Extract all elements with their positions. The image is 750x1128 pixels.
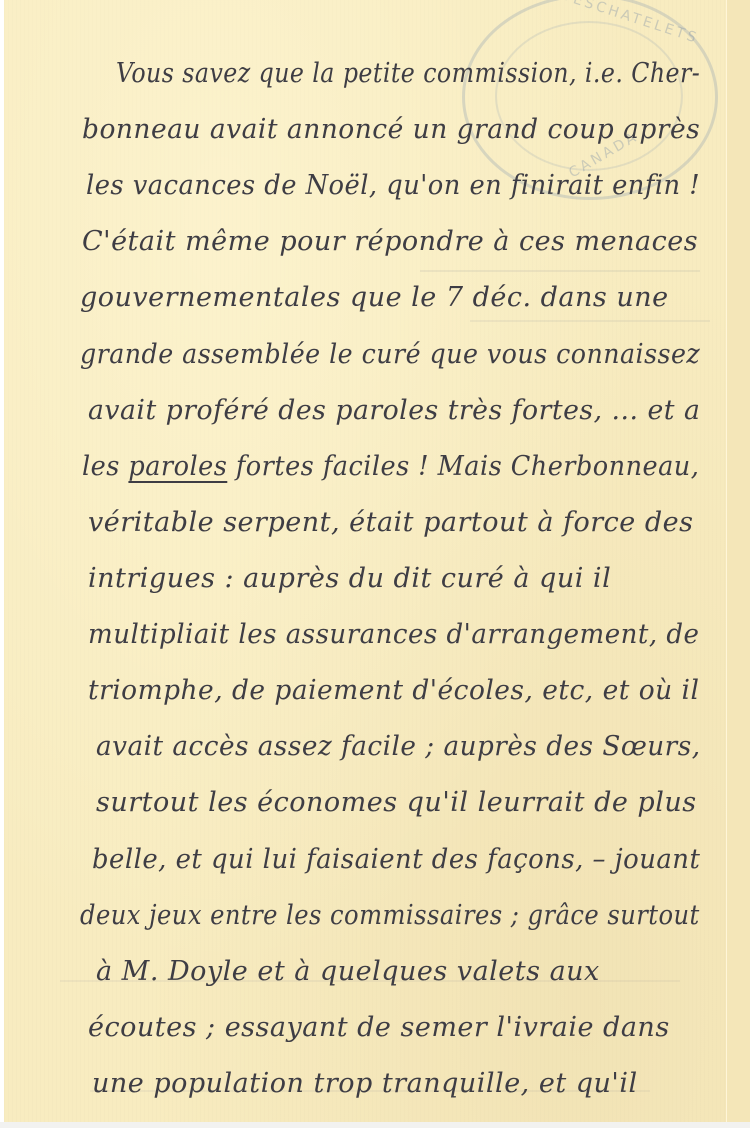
letter-line: bonneau avait annoncé un grand coup aprè… bbox=[82, 114, 700, 145]
letter-line: avait accès assez facile ; auprès des Sœ… bbox=[96, 731, 701, 762]
underlined-word: paroles bbox=[128, 451, 227, 482]
letter-line: avait proféré des paroles très fortes, .… bbox=[88, 395, 700, 426]
letter-line-text: les paroles fortes faciles ! Mais Cherbo… bbox=[82, 451, 699, 482]
letter-line-with-underline: les paroles fortes faciles ! Mais Cherbo… bbox=[82, 451, 699, 482]
letter-line: intrigues : auprès du dit curé à qui il bbox=[88, 563, 611, 594]
letter-line: grande assemblée le curé que vous connai… bbox=[80, 339, 700, 370]
letter-line: à M. Doyle et à quelques valets aux bbox=[96, 956, 600, 987]
page-fold-edge bbox=[726, 0, 750, 1122]
letter-line: gouvernementales que le 7 déc. dans une bbox=[80, 282, 669, 313]
letter-line: deux jeux entre les commissaires ; grâce… bbox=[80, 900, 700, 931]
letter-line: les vacances de Noël, qu'on en finirait … bbox=[86, 170, 700, 201]
letter-line: belle, et qui lui faisaient des façons, … bbox=[92, 844, 700, 875]
letter-line: Vous savez que la petite commission, i.e… bbox=[116, 58, 700, 89]
letter-line: surtout les économes qu'il leurrait de p… bbox=[96, 787, 697, 818]
letter-line: triomphe, de paiement d'écoles, etc, et … bbox=[88, 675, 699, 706]
stamp-inner-ring bbox=[495, 21, 683, 171]
letter-line: véritable serpent, était partout à force… bbox=[88, 507, 693, 538]
letter-line: une population trop tranquille, et qu'il bbox=[92, 1068, 638, 1099]
letter-line: écoutes ; essayant de semer l'ivraie dan… bbox=[88, 1012, 670, 1043]
scan-bottom-edge bbox=[0, 1122, 750, 1128]
letter-line: C'était même pour répondre à ces menaces bbox=[82, 226, 698, 257]
letter-line: multipliait les assurances d'arrangement… bbox=[88, 619, 699, 650]
